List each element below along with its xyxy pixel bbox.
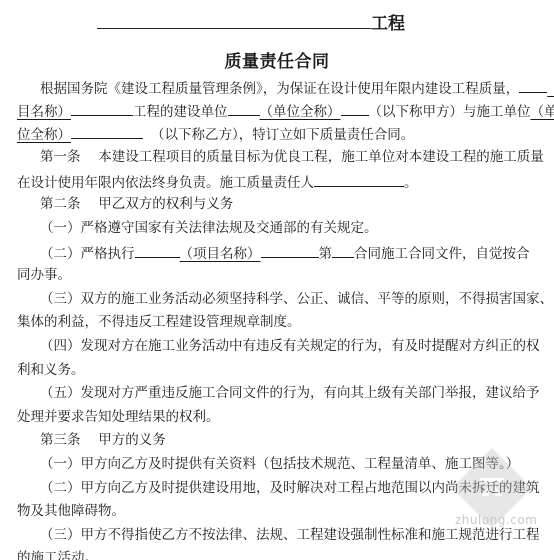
article-2-item-1: （一）严格遵守国家有关法律法规及交通部的有关规定。 (40, 219, 378, 237)
article-2-item-3: （三）双方的施工业务活动必须坚持科学、公正、诚信、平等的原则，不得损害国家、 (40, 290, 553, 308)
blank (519, 78, 547, 93)
article-2-item-5-cont: 处理并要求告知处理结果的权利。 (17, 408, 220, 426)
project-name-field: （项目名称） (180, 246, 261, 262)
responsible-person-blank (314, 172, 404, 187)
blank (71, 124, 143, 139)
blank (228, 101, 260, 116)
article-2-item-3-cont: 集体的利益，不得违反工程建设管理规章制度。 (17, 313, 301, 331)
preamble-line-3: 位全称）（以下称乙方），特订立如下质量责任合同。 (17, 124, 414, 144)
article-1-line-2: 在设计使用年限内依法终身负责。施工质量责任人。 (17, 172, 418, 192)
article-3-heading: 第三条 甲方的义务 (40, 431, 166, 449)
project-name-field: 目名称） (17, 104, 71, 120)
article-1-line-1: 第一条 本建设工程项目的质量目标为优良工程，施工单位对本建设工程的施工质量 (40, 148, 544, 166)
contract-no-blank (332, 243, 354, 258)
blank (341, 101, 369, 116)
header-suffix: 工程 (371, 14, 405, 34)
period: 。 (404, 175, 418, 191)
preamble-text: 工程的建设单位 (133, 104, 228, 120)
preamble-text: 根据国务院《建设工程质量管理条例》，为保证在设计使用年限内建设工程质量， (40, 81, 519, 97)
project-name-field: （项 (547, 81, 554, 97)
article-2-heading: 第二条 甲乙双方的权利与义务 (40, 195, 233, 213)
article-2-item-2-cont: 同办事。 (17, 266, 71, 284)
preamble-line-2: 目名称）工程的建设单位（单位全称）（以下称甲方）与施工单位（单 (17, 101, 554, 121)
article-2-item-4: （四）发现对方在施工业务活动中有违反有关规定的行为，有及时提醒对方纠正的权 (40, 337, 540, 355)
article-text: （二）严格执行 (40, 246, 135, 262)
project-name-blank (97, 8, 371, 29)
article-3-item-3-cont: 的施工活动。 (17, 549, 98, 560)
blank (261, 243, 319, 258)
party-b-name-field: （单 (531, 104, 554, 120)
watermark-text: zhulong.com (455, 513, 537, 527)
preamble-line-1: 根据国务院《建设工程质量管理条例》，为保证在设计使用年限内建设工程质量，（项 (40, 78, 554, 98)
article-text: 在设计使用年限内依法终身负责。施工质量责任人 (17, 175, 314, 191)
article-text: 合同施工合同文件，自觉按合 (354, 246, 530, 262)
article-2-item-5: （五）发现对方严重违反施工合同文件的行为，有向其上级有关部门举报，建议给予 (40, 384, 540, 402)
article-2-item-2: （二）严格执行（项目名称）第合同施工合同文件，自觉按合 (40, 243, 530, 263)
party-b-name-field: 位全称） (17, 127, 71, 143)
document-title: 质量责任合同 (0, 47, 554, 72)
blank (71, 101, 133, 116)
article-3-item-2-cont: 物及其他障碍物。 (17, 502, 125, 520)
party-a-name-field: （单位全称） (260, 104, 341, 120)
article-3-item-1: （一）甲方向乙方及时提供有关资料（包括技术规范、工程量清单、施工图等。） (40, 455, 519, 473)
article-text: 第 (319, 246, 333, 262)
project-name-header: 工程 (97, 8, 405, 34)
article-3-item-3: （三）甲方不得指使乙方不按法律、法规、工程建设强制性标准和施工规范进行工程 (40, 526, 540, 544)
blank (135, 243, 180, 258)
preamble-text: （以下称乙方），特订立如下质量责任合同。 (151, 127, 414, 143)
preamble-text: （以下称甲方）与施工单位 (369, 104, 531, 120)
article-2-item-4-cont: 利和义务。 (17, 361, 85, 379)
